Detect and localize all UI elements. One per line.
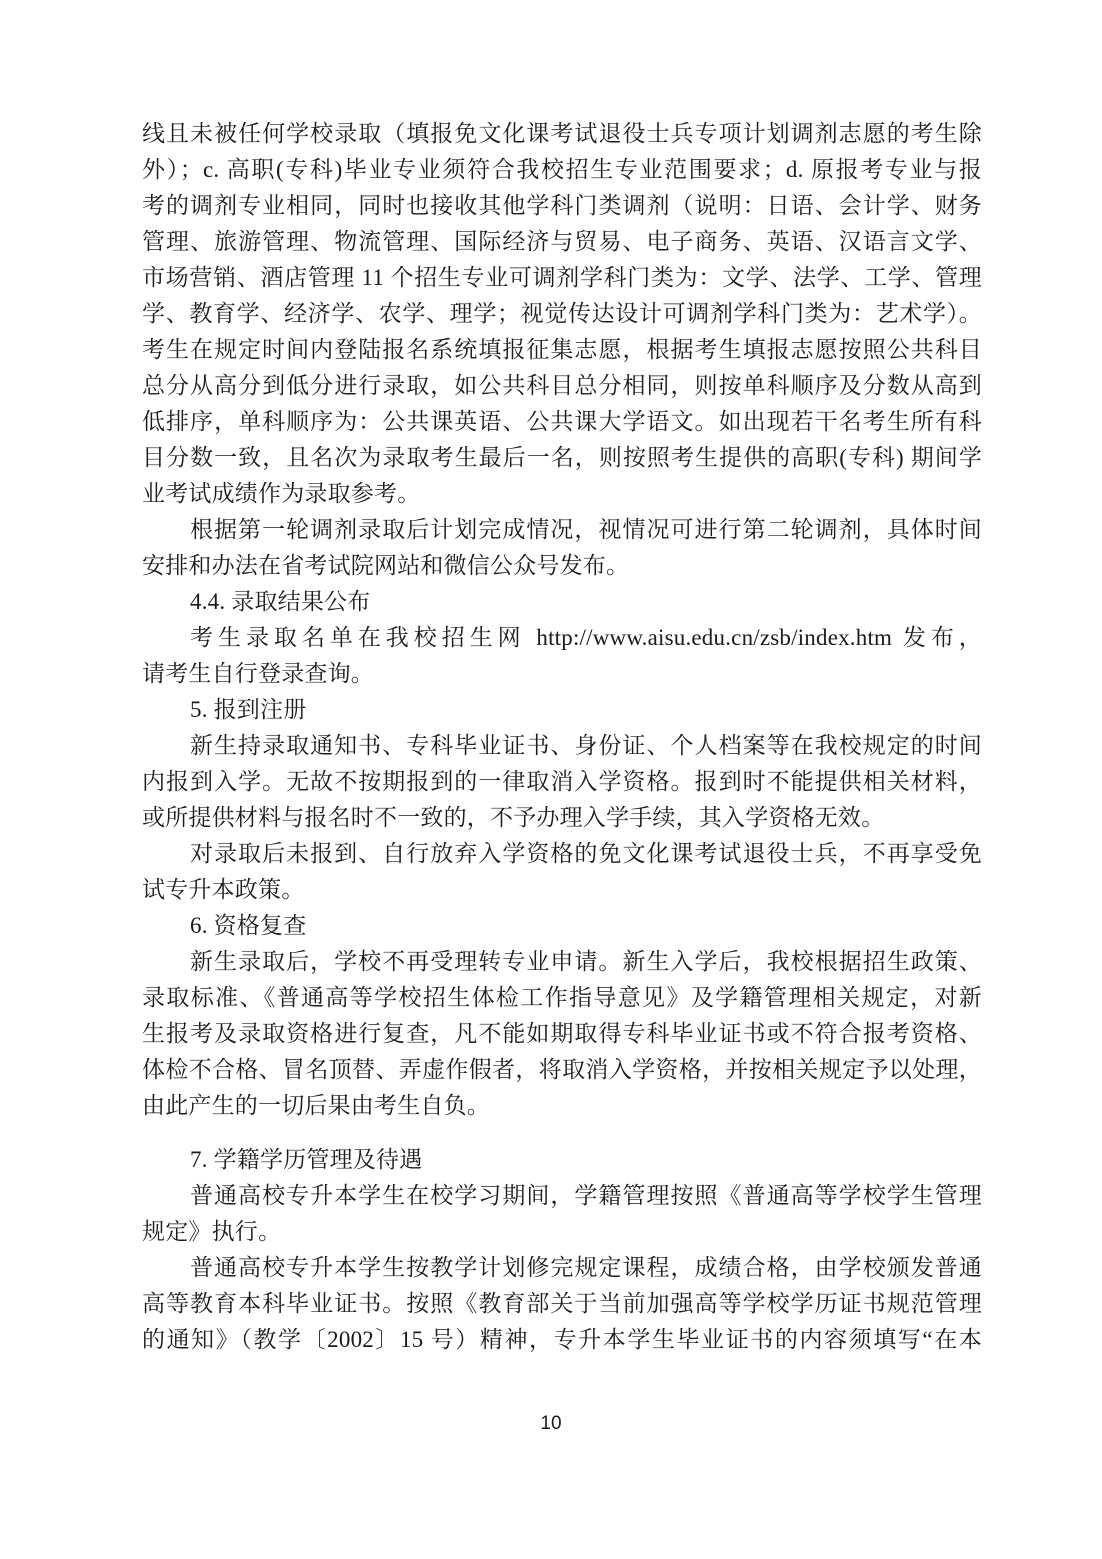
page-number: 10 <box>0 1411 1102 1437</box>
text-line: 目分数一致，且名次为录取考生最后一名，则按照考生提供的高职(专科) 期间学 <box>142 440 982 476</box>
text-line: 市场营销、酒店管理 11 个招生专业可调剂学科门类为：文学、法学、工学、管理 <box>142 260 982 296</box>
text-line: 体检不合格、冒名顶替、弄虚作假者，将取消入学资格，并按相关规定予以处理， <box>142 1052 982 1088</box>
text-line: 新生录取后，学校不再受理转专业申请。新生入学后，我校根据招生政策、 <box>142 944 982 980</box>
text-line: 考生录取名单在我校招生网 http://www.aisu.edu.cn/zsb/… <box>142 620 982 656</box>
text-line: 生报考及录取资格进行复查，凡不能如期取得专科毕业证书或不符合报考资格、 <box>142 1016 982 1052</box>
text-line: 新生持录取通知书、专科毕业证书、身份证、个人档案等在我校规定的时间 <box>142 728 982 764</box>
text-line: 普通高校专升本学生在校学习期间，学籍管理按照《普通高等学校学生管理 <box>142 1178 982 1214</box>
text-line: 对录取后未报到、自行放弃入学资格的免文化课考试退役士兵，不再享受免 <box>142 836 982 872</box>
text-line: 4.4. 录取结果公布 <box>142 584 982 620</box>
text-line: 试专升本政策。 <box>142 872 982 908</box>
text-line: 6. 资格复查 <box>142 908 982 944</box>
text-line: 线且未被任何学校录取（填报免文化课考试退役士兵专项计划调剂志愿的考生除 <box>142 116 982 152</box>
text-line: 考生在规定时间内登陆报名系统填报征集志愿，根据考生填报志愿按照公共科目 <box>142 332 982 368</box>
text-line: 外）；c. 高职(专科)毕业专业须符合我校招生专业范围要求；d. 原报考专业与报 <box>142 152 982 188</box>
text-line: 由此产生的一切后果由考生自负。 <box>142 1088 982 1124</box>
text-line: 根据第一轮调剂录取后计划完成情况，视情况可进行第二轮调剂，具体时间 <box>142 512 982 548</box>
text-line: 低排序，单科顺序为：公共课英语、公共课大学语文。如出现若干名考生所有科 <box>142 404 982 440</box>
text-line: 内报到入学。无故不按期报到的一律取消入学资格。报到时不能提供相关材料， <box>142 764 982 800</box>
text-line: 请考生自行登录查询。 <box>142 656 982 692</box>
text-line: 普通高校专升本学生按教学计划修完规定课程，成绩合格，由学校颁发普通 <box>142 1250 982 1286</box>
text-line: 规定》执行。 <box>142 1214 982 1250</box>
document-body: 线且未被任何学校录取（填报免文化课考试退役士兵专项计划调剂志愿的考生除外）；c.… <box>142 116 982 1358</box>
text-line: 考的调剂专业相同，同时也接收其他学科门类调剂（说明：日语、会计学、财务 <box>142 188 982 224</box>
text-line: 管理、旅游管理、物流管理、国际经济与贸易、电子商务、英语、汉语言文学、 <box>142 224 982 260</box>
text-line: 学、教育学、经济学、农学、理学；视觉传达设计可调剂学科门类为：艺术学）。 <box>142 296 982 332</box>
text-line: 安排和办法在省考试院网站和微信公众号发布。 <box>142 548 982 584</box>
text-line: 的通知》（教学〔2002〕15 号）精神，专升本学生毕业证书的内容须填写“在本 <box>142 1322 982 1358</box>
text-line: 录取标准、《普通高等学校招生体检工作指导意见》及学籍管理相关规定，对新 <box>142 980 982 1016</box>
text-line: 7. 学籍学历管理及待遇 <box>142 1142 982 1178</box>
document-page: 线且未被任何学校录取（填报免文化课考试退役士兵专项计划调剂志愿的考生除外）；c.… <box>0 0 1102 1559</box>
text-line: 5. 报到注册 <box>142 692 982 728</box>
text-line: 或所提供材料与报名时不一致的，不予办理入学手续，其入学资格无效。 <box>142 800 982 836</box>
text-line: 总分从高分到低分进行录取，如公共科目总分相同，则按单科顺序及分数从高到 <box>142 368 982 404</box>
text-line: 高等教育本科毕业证书。按照《教育部关于当前加强高等学校学历证书规范管理 <box>142 1286 982 1322</box>
text-line: 业考试成绩作为录取参考。 <box>142 476 982 512</box>
